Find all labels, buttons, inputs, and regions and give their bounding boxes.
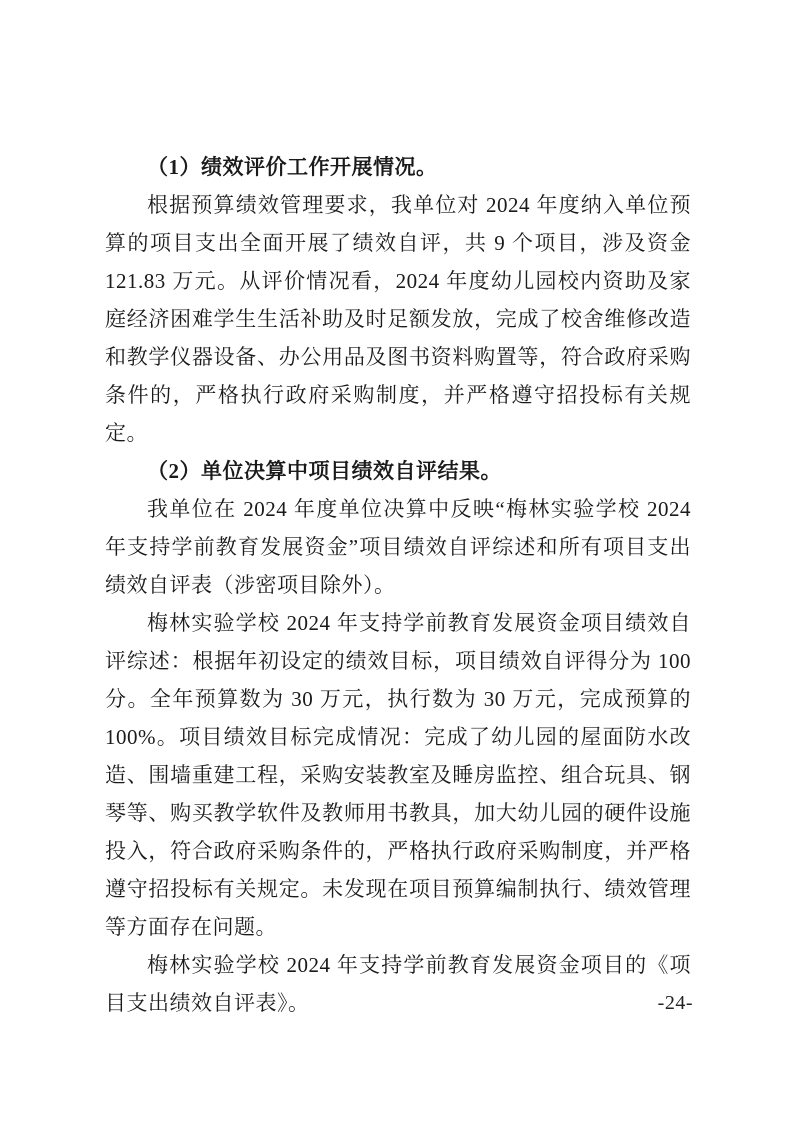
section-heading-performance-evaluation: （1）绩效评价工作开展情况。: [105, 148, 691, 186]
paragraph-self-evaluation-overview: 根据预算绩效管理要求，我单位对 2024 年度纳入单位预算的项目支出全面开展了绩…: [105, 186, 691, 452]
paragraph-self-evaluation-table-ref: 梅林实验学校 2024 年支持学前教育发展资金项目的《项目支出绩效自评表》。: [105, 946, 691, 1022]
page-number: -24-: [658, 992, 693, 1014]
paragraph-final-accounts-reflection: 我单位在 2024 年度单位决算中反映“梅林实验学校 2024 年支持学前教育发…: [105, 490, 691, 604]
document-page: （1）绩效评价工作开展情况。 根据预算绩效管理要求，我单位对 2024 年度纳入…: [0, 0, 793, 1122]
paragraph-project-summary: 梅林实验学校 2024 年支持学前教育发展资金项目绩效自评综述：根据年初设定的绩…: [105, 604, 691, 946]
document-body: （1）绩效评价工作开展情况。 根据预算绩效管理要求，我单位对 2024 年度纳入…: [105, 148, 691, 1022]
section-heading-final-accounts-results: （2）单位决算中项目绩效自评结果。: [105, 452, 691, 490]
